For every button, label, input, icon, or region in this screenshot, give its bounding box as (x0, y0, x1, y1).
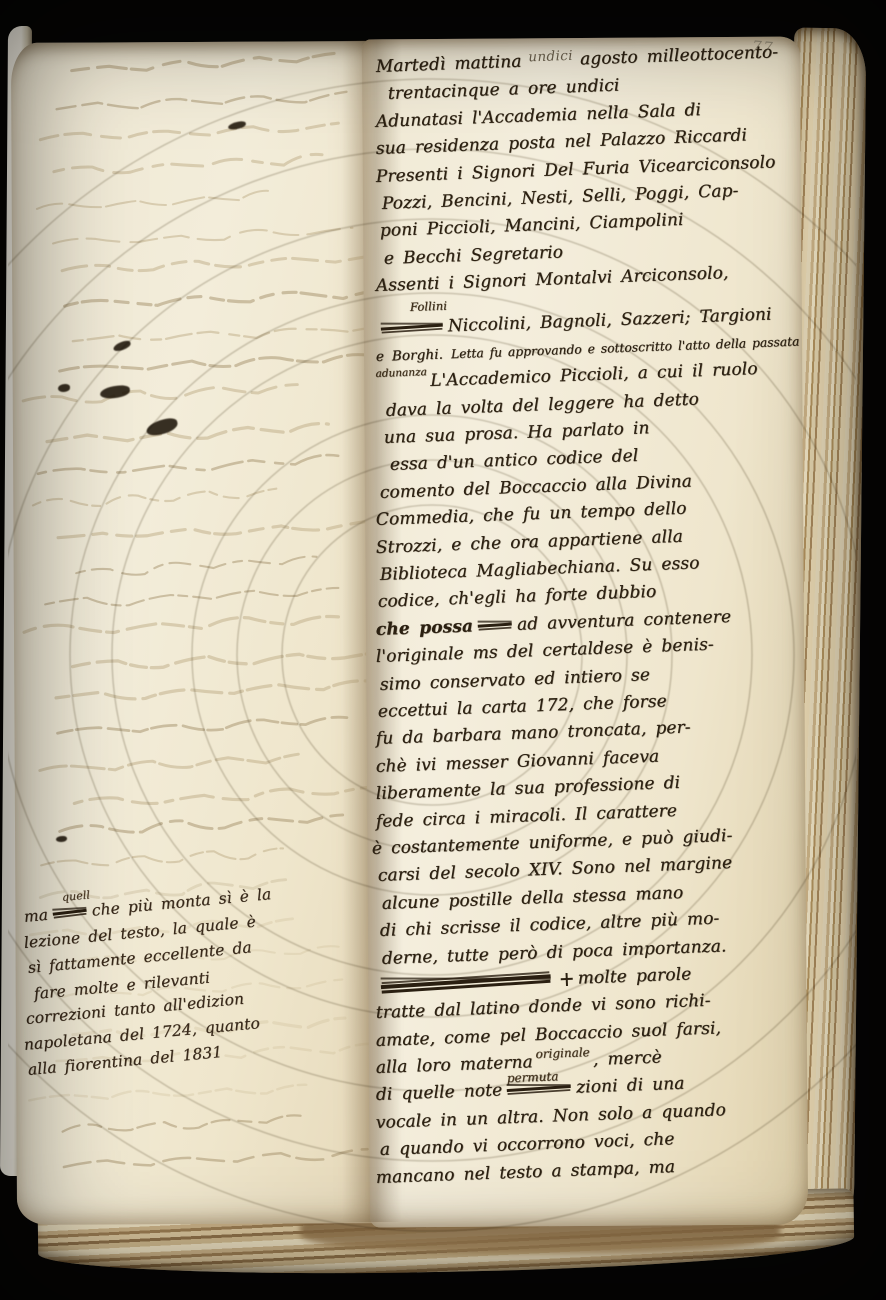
struck-out-passage (381, 972, 551, 991)
struck-out-word (381, 319, 443, 334)
ink-blot (58, 384, 70, 392)
interline-word: adunanza (375, 366, 427, 380)
interline-word: originale (535, 1045, 590, 1061)
struck-out-word (52, 904, 87, 920)
manuscript-photo: 77 Martedì mattinaundiciagosto milleotto… (0, 0, 886, 1300)
struck-out-word (478, 618, 512, 632)
struck-out-word (507, 1081, 571, 1096)
ink-blot (56, 836, 67, 842)
inserted-word: undici (528, 48, 573, 66)
left-page-note: quell mache più monta sì è la lezione de… (24, 892, 358, 1084)
insertion-caret-icon (561, 973, 573, 986)
right-page-text: Martedì mattinaundiciagosto milleottocen… (376, 54, 812, 1192)
